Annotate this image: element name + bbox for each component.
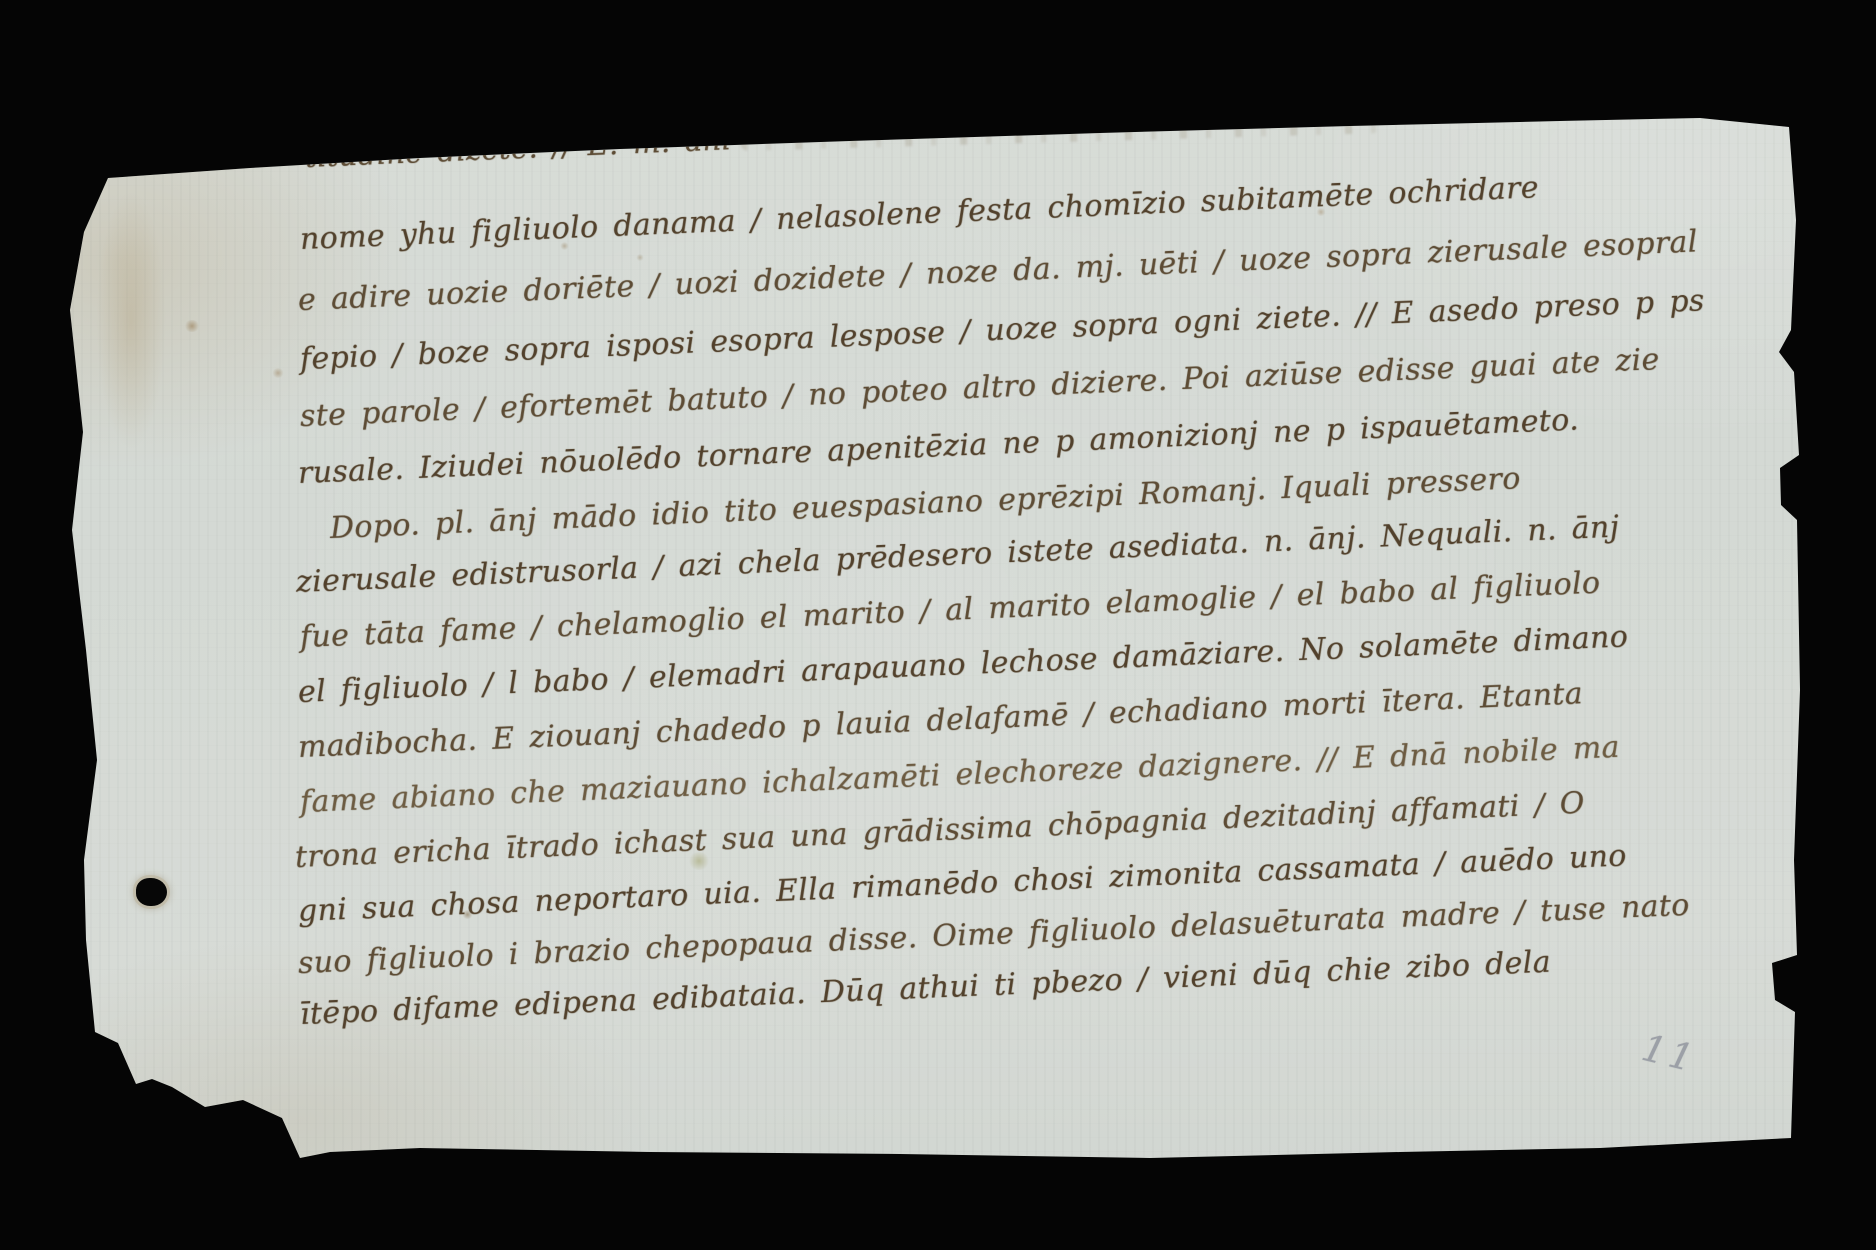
foxing-spot (272, 368, 284, 378)
folio-number-pencil: 11 (1638, 1026, 1702, 1081)
photograph-black-background: titudine dizete. // E. m. ani nome yhu f… (0, 0, 1876, 1250)
foxing-spot (184, 320, 200, 332)
wormhole (136, 878, 167, 906)
foxing-spot (636, 254, 644, 261)
text-line: titudine dizete. // E. m. ani (304, 122, 731, 174)
manuscript-leaf: titudine dizete. // E. m. ani nome yhu f… (0, 0, 1876, 1250)
stain-band (96, 190, 166, 450)
trimmed-text-remnant (740, 117, 1380, 151)
